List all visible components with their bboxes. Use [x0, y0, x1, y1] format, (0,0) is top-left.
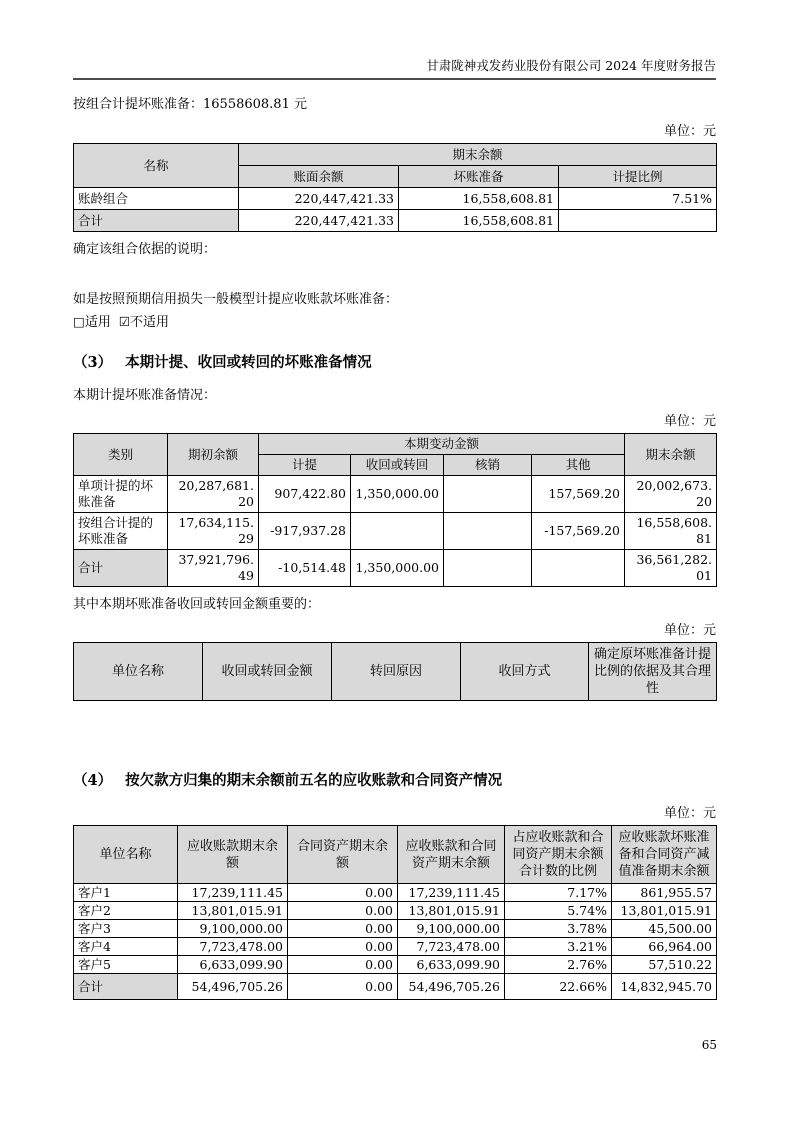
table-cell: [444, 476, 532, 513]
table-cell: 3.21%: [505, 938, 612, 956]
column-header-ar-closing-balance: 应收账款期末余额: [178, 826, 288, 884]
table-cell: 37,921,796.49: [168, 550, 259, 587]
row-label-cell: 合计: [74, 210, 239, 232]
unit-label: 单位：元: [73, 805, 716, 822]
table-cell: 57,510.22: [612, 956, 717, 974]
table-cell: 7.17%: [505, 884, 612, 902]
table-cell: 22.66%: [505, 974, 612, 1000]
column-header-category: 类别: [74, 434, 168, 476]
table-cell: 220,447,421.33: [239, 188, 399, 210]
table-row: 客户4 7,723,478.00 0.00 7,723,478.00 3.21%…: [74, 938, 717, 956]
column-header-reversal-reason: 转回原因: [332, 643, 461, 701]
column-header-entity-name: 单位名称: [74, 826, 178, 884]
table-cell: 54,496,705.26: [398, 974, 505, 1000]
table-cell: 7.51%: [559, 188, 717, 210]
table-cell: 36,561,282.01: [625, 550, 717, 587]
table-cell: 6,633,099.90: [398, 956, 505, 974]
table-cell: 2.76%: [505, 956, 612, 974]
table-cell: 17,239,111.45: [398, 884, 505, 902]
table-cell: 20,002,673.20: [625, 476, 717, 513]
column-header-ar-and-contract-asset-balance: 应收账款和合同资产期末余额: [398, 826, 505, 884]
table-row: 单项计提的坏账准备 20,287,681.20 907,422.80 1,350…: [74, 476, 717, 513]
row-label-cell: 客户3: [74, 920, 178, 938]
table-cell: 7,723,478.00: [178, 938, 288, 956]
table-cell: 220,447,421.33: [239, 210, 399, 232]
recovery-detail-table: 单位名称 收回或转回金额 转回原因 收回方式 确定原坏账准备计提比例的依据及其合…: [73, 642, 717, 701]
column-header-recovery-reversal: 收回或转回: [351, 455, 444, 476]
table-row: 按组合计提的坏账准备 17,634,115.29 -917,937.28 -15…: [74, 513, 717, 550]
column-header-contract-asset-closing-balance: 合同资产期末余额: [288, 826, 398, 884]
table-cell: 20,287,681.20: [168, 476, 259, 513]
table-cell: 7,723,478.00: [398, 938, 505, 956]
unit-label: 单位：元: [73, 413, 716, 430]
column-header-provision-ratio: 计提比例: [559, 166, 717, 188]
table-cell: 13,801,015.91: [178, 902, 288, 920]
applicable-label: 适用: [85, 315, 111, 330]
table-row: 客户1 17,239,111.45 0.00 17,239,111.45 7.1…: [74, 884, 717, 902]
column-header-closing-balance: 期末余额: [625, 434, 717, 476]
column-header-recovery-method: 收回方式: [461, 643, 589, 701]
table-cell: 45,500.00: [612, 920, 717, 938]
table-cell: 907,422.80: [259, 476, 351, 513]
table-cell: 0.00: [288, 902, 398, 920]
column-header-period-end-balance: 期末余额: [239, 144, 717, 166]
column-header-ratio-basis: 确定原坏账准备计提比例的依据及其合理性: [589, 643, 717, 701]
section3-heading: （3）本期计提、收回或转回的坏账准备情况: [73, 353, 716, 373]
table-header-row: 单位名称 收回或转回金额 转回原因 收回方式 确定原坏账准备计提比例的依据及其合…: [74, 643, 717, 701]
table-header-row: 名称 期末余额: [74, 144, 717, 166]
table-cell: [444, 513, 532, 550]
applicability-line: □适用☑不适用: [73, 313, 716, 331]
table-row: 账龄组合 220,447,421.33 16,558,608.81 7.51%: [74, 188, 717, 210]
table-cell: 0.00: [288, 920, 398, 938]
table-cell: 6,633,099.90: [178, 956, 288, 974]
table-cell: -157,569.20: [532, 513, 625, 550]
table-header-row: 类别 期初余额 本期变动金额 期末余额: [74, 434, 717, 455]
provision-note: 本期计提坏账准备情况：: [73, 387, 716, 404]
table-cell: 0.00: [288, 956, 398, 974]
row-label-cell: 客户1: [74, 884, 178, 902]
group-provision-table: 名称 期末余额 账面余额 坏账准备 计提比例 账龄组合 220,447,421.…: [73, 143, 717, 232]
table-cell: 0.00: [288, 974, 398, 1000]
page-number: 65: [702, 1038, 717, 1052]
table-cell: 9,100,000.00: [178, 920, 288, 938]
table-cell: 861,955.57: [612, 884, 717, 902]
section3-title: 本期计提、收回或转回的坏账准备情况: [125, 354, 372, 371]
column-header-entity-name: 单位名称: [74, 643, 203, 701]
column-header-name: 名称: [74, 144, 239, 188]
row-label-cell: 客户5: [74, 956, 178, 974]
column-header-opening-balance: 期初余额: [168, 434, 259, 476]
unit-label: 单位：元: [73, 622, 716, 639]
table-row: 客户2 13,801,015.91 0.00 13,801,015.91 5.7…: [74, 902, 717, 920]
row-label-cell: 单项计提的坏账准备: [74, 476, 168, 513]
table-cell: -10,514.48: [259, 550, 351, 587]
ecl-model-note: 如是按照预期信用损失一般模型计提应收账款坏账准备：: [73, 291, 716, 308]
column-header-bad-debt-provision: 坏账准备: [399, 166, 559, 188]
basis-note: 确定该组合依据的说明：: [73, 241, 716, 258]
table-cell: [532, 550, 625, 587]
table-total-row: 合计 220,447,421.33 16,558,608.81: [74, 210, 717, 232]
checkbox-unchecked-icon: □: [73, 314, 85, 329]
table-cell: [559, 210, 717, 232]
table-cell: 157,569.20: [532, 476, 625, 513]
table-cell: 0.00: [288, 938, 398, 956]
table-cell: 5.74%: [505, 902, 612, 920]
table-cell: 17,239,111.45: [178, 884, 288, 902]
group-provision-intro: 按组合计提坏账准备：16558608.81 元: [73, 96, 716, 113]
table-cell: -917,937.28: [259, 513, 351, 550]
section4-title: 按欠款方归集的期末余额前五名的应收账款和合同资产情况: [125, 772, 502, 789]
row-label-cell: 客户4: [74, 938, 178, 956]
table-cell: 16,558,608.81: [625, 513, 717, 550]
important-recovery-note: 其中本期坏账准备收回或转回金额重要的：: [73, 596, 716, 613]
table-cell: 13,801,015.91: [612, 902, 717, 920]
table-row: 客户5 6,633,099.90 0.00 6,633,099.90 2.76%…: [74, 956, 717, 974]
column-header-provision-closing-balance: 应收账款坏账准备和合同资产减值准备期末余额: [612, 826, 717, 884]
row-label-cell: 按组合计提的坏账准备: [74, 513, 168, 550]
report-title: 甘肃陇神戎发药业股份有限公司 2024 年度财务报告: [426, 58, 716, 73]
unit-label: 单位：元: [73, 123, 716, 140]
table-cell: 0.00: [288, 884, 398, 902]
table-cell: [351, 513, 444, 550]
column-header-accrual: 计提: [259, 455, 351, 476]
table-cell: 16,558,608.81: [399, 188, 559, 210]
table-total-row: 合计 54,496,705.26 0.00 54,496,705.26 22.6…: [74, 974, 717, 1000]
table-cell: 9,100,000.00: [398, 920, 505, 938]
table-cell: 13,801,015.91: [398, 902, 505, 920]
column-header-change-group: 本期变动金额: [259, 434, 625, 455]
column-header-proportion-of-total: 占应收账款和合同资产期末余额合计数的比例: [505, 826, 612, 884]
table-total-row: 合计 37,921,796.49 -10,514.48 1,350,000.00…: [74, 550, 717, 587]
column-header-book-balance: 账面余额: [239, 166, 399, 188]
table-cell: 17,634,115.29: [168, 513, 259, 550]
row-label-cell: 客户2: [74, 902, 178, 920]
report-header: 甘肃陇神戎发药业股份有限公司 2024 年度财务报告: [73, 0, 716, 80]
table-cell: 1,350,000.00: [351, 476, 444, 513]
row-label-cell: 合计: [74, 550, 168, 587]
table-cell: 1,350,000.00: [351, 550, 444, 587]
checkbox-checked-icon: ☑: [119, 314, 130, 329]
column-header-write-off: 核销: [444, 455, 532, 476]
table-row: 客户3 9,100,000.00 0.00 9,100,000.00 3.78%…: [74, 920, 717, 938]
top5-receivables-table: 单位名称 应收账款期末余额 合同资产期末余额 应收账款和合同资产期末余额 占应收…: [73, 825, 717, 1000]
table-cell: [444, 550, 532, 587]
table-cell: 54,496,705.26: [178, 974, 288, 1000]
table-cell: 16,558,608.81: [399, 210, 559, 232]
table-header-row: 单位名称 应收账款期末余额 合同资产期末余额 应收账款和合同资产期末余额 占应收…: [74, 826, 717, 884]
row-label-cell: 合计: [74, 974, 178, 1000]
table-cell: 14,832,945.70: [612, 974, 717, 1000]
table-cell: 3.78%: [505, 920, 612, 938]
column-header-other: 其他: [532, 455, 625, 476]
page-content: 甘肃陇神戎发药业股份有限公司 2024 年度财务报告 按组合计提坏账准备：165…: [73, 0, 716, 1000]
section3-number: （3）: [73, 354, 112, 371]
section4-heading: （4）按欠款方归集的期末余额前五名的应收账款和合同资产情况: [73, 771, 716, 791]
table-cell: 66,964.00: [612, 938, 717, 956]
not-applicable-label: 不适用: [130, 315, 169, 330]
section4-number: （4）: [73, 772, 112, 789]
column-header-recovery-amount: 收回或转回金额: [203, 643, 332, 701]
report-page: 甘肃陇神戎发药业股份有限公司 2024 年度财务报告 按组合计提坏账准备：165…: [0, 0, 793, 1122]
row-label-cell: 账龄组合: [74, 188, 239, 210]
provision-change-table: 类别 期初余额 本期变动金额 期末余额 计提 收回或转回 核销 其他 单项计提的…: [73, 433, 717, 587]
